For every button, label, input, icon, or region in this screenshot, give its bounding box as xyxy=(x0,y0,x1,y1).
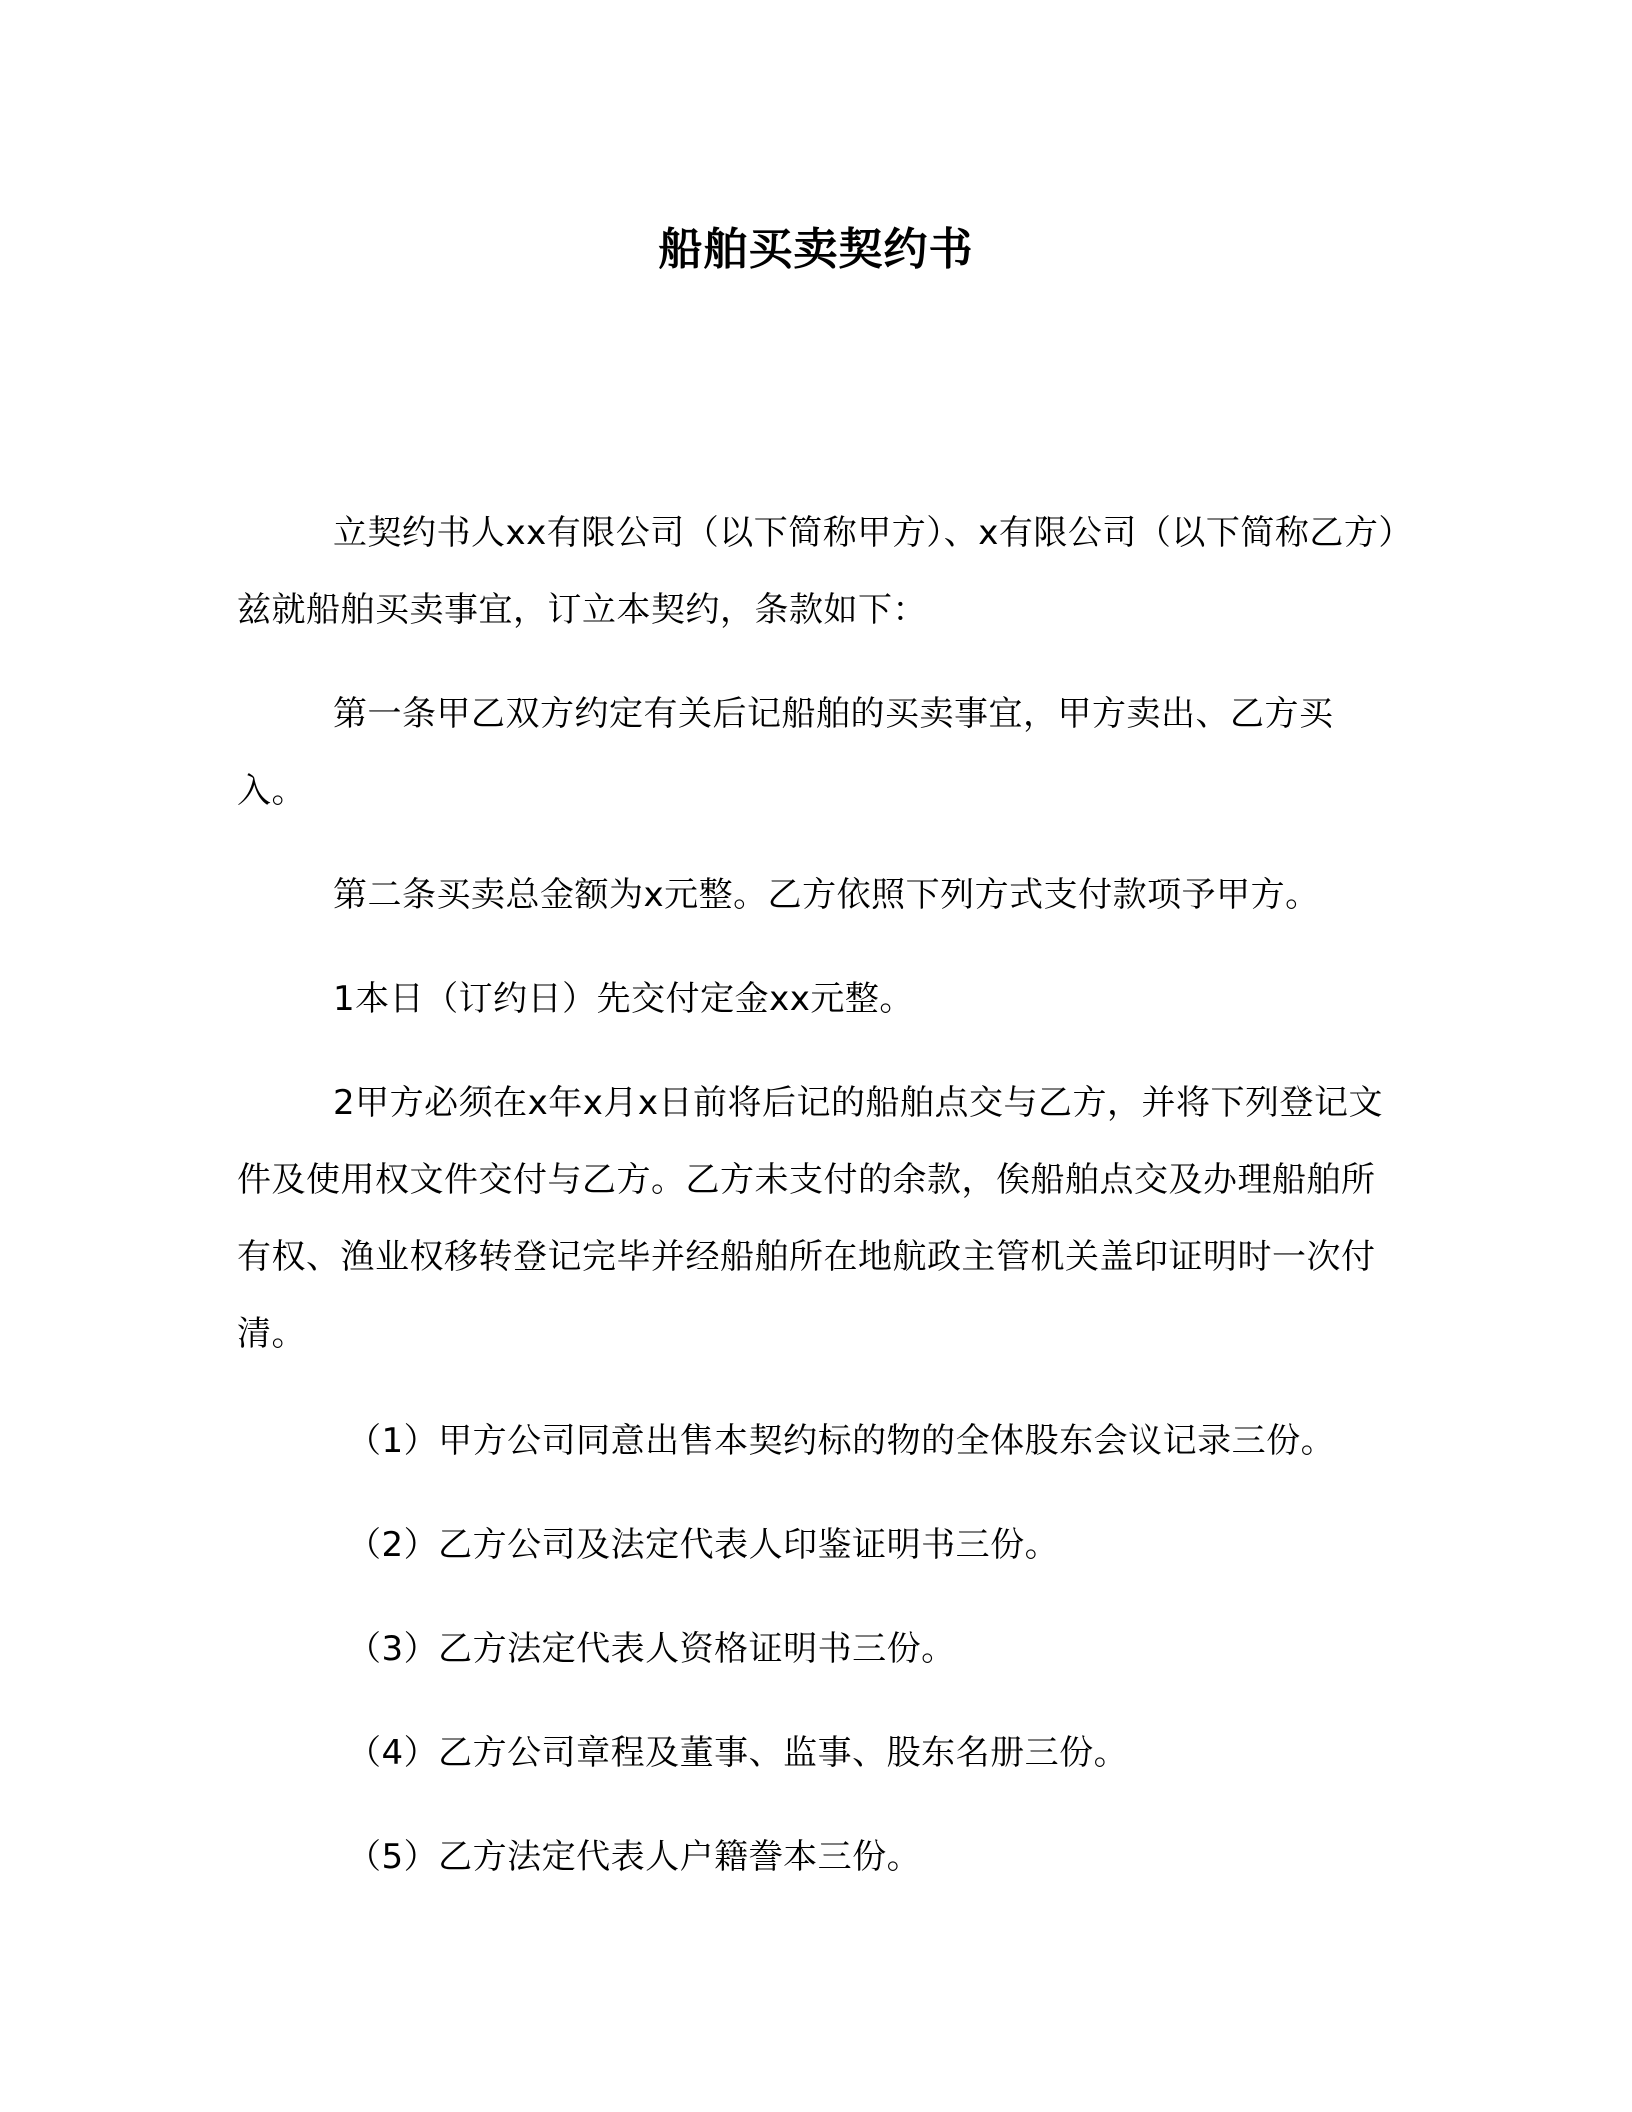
preamble-paragraph: 立契约书人xx有限公司（以下简称甲方）、x有限公司（以下简称乙方）兹就船舶买卖事… xyxy=(237,495,1397,649)
article-1-paragraph: 第一条甲乙双方约定有关后记船舶的买卖事宜，甲方卖出、乙方买入。 xyxy=(237,676,1397,830)
payment-clause-1: 1本日（订约日）先交付定金xx元整。 xyxy=(237,961,1397,1038)
list-item: （4）乙方公司章程及董事、监事、股东名册三份。 xyxy=(237,1715,1397,1792)
document-body: 立契约书人xx有限公司（以下简称甲方）、x有限公司（以下简称乙方）兹就船舶买卖事… xyxy=(237,495,1397,1923)
documents-list: （1）甲方公司同意出售本契约标的物的全体股东会议记录三份。 （2）乙方公司及法定… xyxy=(237,1403,1397,1896)
list-item: （5）乙方法定代表人户籍誊本三份。 xyxy=(237,1819,1397,1896)
list-item: （1）甲方公司同意出售本契约标的物的全体股东会议记录三份。 xyxy=(237,1403,1397,1480)
article-2-paragraph: 第二条买卖总金额为x元整。乙方依照下列方式支付款项予甲方。 xyxy=(237,857,1397,934)
list-item: （2）乙方公司及法定代表人印鉴证明书三份。 xyxy=(237,1507,1397,1584)
list-item: （3）乙方法定代表人资格证明书三份。 xyxy=(237,1611,1397,1688)
document-title: 船舶买卖契约书 xyxy=(0,222,1632,278)
payment-clause-2: 2甲方必须在x年x月x日前将后记的船舶点交与乙方，并将下列登记文件及使用权文件交… xyxy=(237,1065,1397,1373)
document-page: 船舶买卖契约书 立契约书人xx有限公司（以下简称甲方）、x有限公司（以下简称乙方… xyxy=(0,0,1632,2112)
